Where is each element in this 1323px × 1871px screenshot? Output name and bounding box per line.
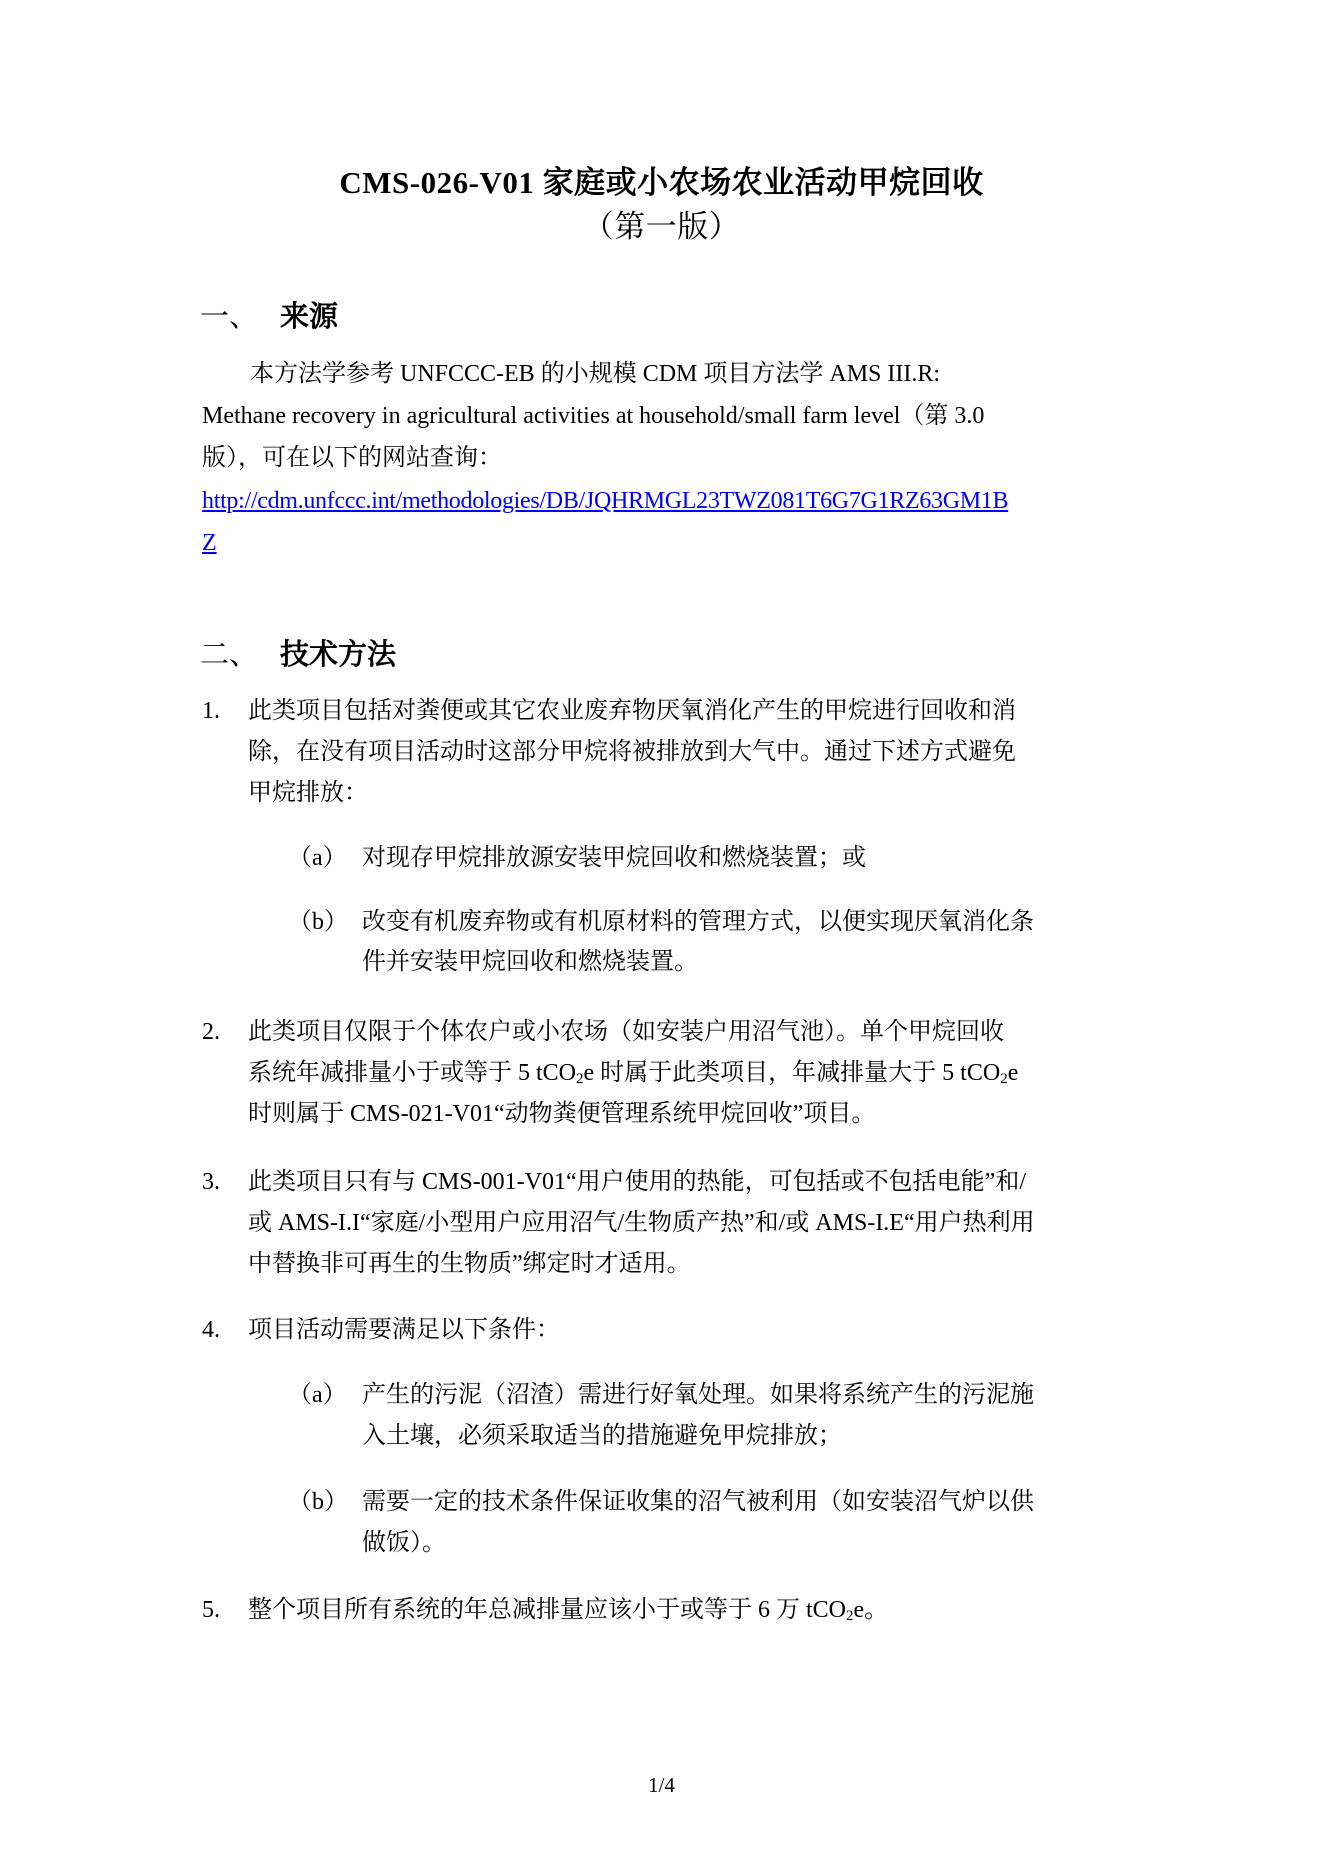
subitem-label: （b） [288,1482,348,1522]
subitem-line: 产生的污泥（沼渣）需进行好氧处理。如果将系统产生的污泥施 [362,1375,1034,1415]
section-heading-source: 一、来源 [200,298,338,336]
paragraph-line: 本方法学参考 UNFCCC-EB 的小规模 CDM 项目方法学 AMS III.… [250,354,940,394]
document-title: CMS-026-V01 家庭或小农场农业活动甲烷回收 [0,163,1323,203]
section-number: 二、 [200,636,280,674]
subitem-label: （a） [288,1375,347,1415]
text-run: e 时属于此类项目，年减排量大于 5 tCO [584,1060,1001,1086]
subitem-line: 改变有机废弃物或有机原材料的管理方式，以便实现厌氧消化条 [362,902,1034,942]
text-run: e [1008,1060,1019,1086]
document-page: CMS-026-V01 家庭或小农场农业活动甲烷回收 （第一版） 一、来源 本方… [0,0,1323,1871]
text-run: 系统年减排量小于或等于 5 tCO [248,1060,576,1086]
item-line: 甲烷排放： [248,773,368,813]
item-line: 此类项目只有与 CMS-001-V01“用户使用的热能，可包括或不包括电能”和/ [248,1162,1026,1202]
section-title: 技术方法 [280,639,396,671]
subscript: 2 [1000,1071,1008,1087]
subscript: 2 [576,1071,584,1087]
item-line: 此类项目仅限于个体农户或小农场（如安装户用沼气池）。单个甲烷回收 [248,1012,1004,1052]
section-number: 一、 [200,298,280,336]
item-line: 中替换非可再生的生物质”绑定时才适用。 [248,1244,691,1284]
item-line: 项目活动需要满足以下条件： [248,1310,560,1350]
methodology-link-continued[interactable]: Z [202,523,217,563]
subitem-label: （a） [288,838,347,878]
page-number: 1/4 [0,1772,1323,1798]
document-subtitle: （第一版） [0,207,1323,247]
subitem-line: 需要一定的技术条件保证收集的沼气被利用（如安装沼气炉以供 [362,1482,1034,1522]
section-heading-technical-method: 二、技术方法 [200,636,396,674]
item-line: 或 AMS-I.I“家庭/小型用户应用沼气/生物质产热”和/或 AMS-I.E“… [248,1203,1035,1243]
paragraph-line: 版），可在以下的网站查询： [202,438,502,478]
subitem-label: （b） [288,902,348,942]
subscript: 2 [846,1608,854,1624]
item-number: 2. [202,1012,220,1052]
item-number: 3. [202,1162,220,1202]
methodology-link[interactable]: http://cdm.unfccc.int/methodologies/DB/J… [202,481,1008,521]
text-run: e。 [854,1597,889,1623]
subitem-line: 入土壤，必须采取适当的措施避免甲烷排放； [362,1416,842,1456]
item-line: 时则属于 CMS-021-V01“动物粪便管理系统甲烷回收”项目。 [248,1094,875,1134]
text-run: 整个项目所有系统的年总减排量应该小于或等于 6 万 tCO [248,1597,846,1623]
subitem-line: 对现存甲烷排放源安装甲烷回收和燃烧装置；或 [362,838,866,878]
item-line: 除，在没有项目活动时这部分甲烷将被排放到大气中。通过下述方式避免 [248,732,1016,772]
section-title: 来源 [280,301,338,333]
item-line: 此类项目包括对粪便或其它农业废弃物厌氧消化产生的甲烷进行回收和消 [248,691,1016,731]
item-number: 1. [202,691,220,731]
paragraph-line: Methane recovery in agricultural activit… [202,396,984,436]
subitem-line: 件并安装甲烷回收和燃烧装置。 [362,942,698,982]
item-line: 系统年减排量小于或等于 5 tCO2e 时属于此类项目，年减排量大于 5 tCO… [248,1053,1018,1093]
item-number: 5. [202,1590,220,1630]
item-number: 4. [202,1310,220,1350]
subitem-line: 做饭）。 [362,1523,446,1563]
item-line: 整个项目所有系统的年总减排量应该小于或等于 6 万 tCO2e。 [248,1590,888,1630]
